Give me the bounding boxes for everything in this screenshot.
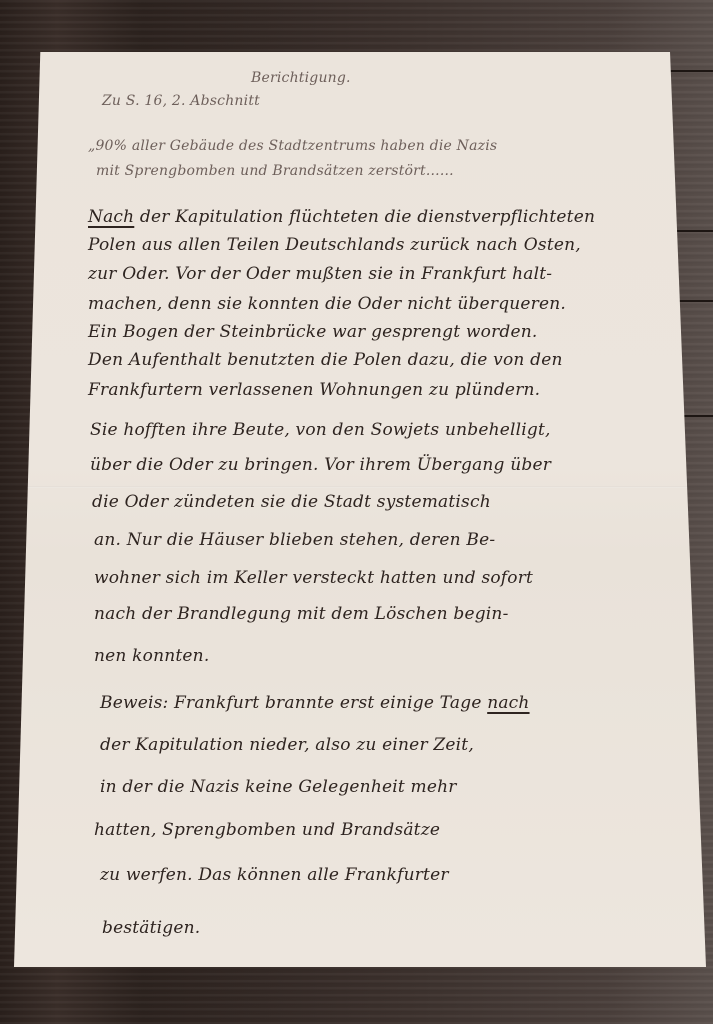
proof-line: Beweis: Frankfurt brannte erst einige Ta… (100, 693, 530, 713)
proof-line: zu werfen. Das können alle Frankfurter (100, 865, 449, 885)
paper-fold-crease (14, 486, 706, 488)
proof-line: der Kapitulation nieder, also zu einer Z… (100, 735, 474, 755)
body-line: nen konnten. (94, 646, 209, 666)
body-line: Ein Bogen der Steinbrücke war gesprengt … (88, 322, 538, 342)
body-line: Nach der Kapitulation flüchteten die die… (88, 207, 595, 227)
body-line: Den Aufenthalt benutzten die Polen dazu,… (88, 350, 563, 370)
proof-line: bestätigen. (102, 918, 200, 938)
page-reference: Zu S. 16, 2. Abschnitt (102, 93, 260, 109)
letter-title: Berichtigung. (251, 70, 351, 86)
body-line: an. Nur die Häuser blieben stehen, deren… (94, 530, 495, 550)
body-line: nach der Brandlegung mit dem Löschen beg… (94, 604, 509, 624)
body-line: zur Oder. Vor der Oder mußten sie in Fra… (88, 264, 552, 284)
proof-line: hatten, Sprengbomben und Brandsätze (94, 820, 440, 840)
body-line: wohner sich im Keller versteckt hatten u… (94, 568, 533, 588)
body-line: machen, denn sie konnten die Oder nicht … (88, 294, 566, 314)
underlined-word: Nach (88, 207, 134, 227)
quote-line: „90% aller Gebäude des Stadtzentrums hab… (88, 138, 497, 154)
body-line: Polen aus allen Teilen Deutschlands zurü… (88, 235, 581, 255)
underlined-word: nach (487, 693, 529, 713)
body-line: Sie hofften ihre Beute, von den Sowjets … (90, 420, 551, 440)
body-line: Frankfurtern verlassenen Wohnungen zu pl… (88, 380, 540, 400)
proof-line: in der die Nazis keine Gelegenheit mehr (100, 777, 457, 797)
body-line: die Oder zündeten sie die Stadt systemat… (92, 492, 491, 512)
quote-line: mit Sprengbomben und Brandsätzen zerstör… (96, 163, 454, 179)
body-line: über die Oder zu bringen. Vor ihrem Über… (90, 455, 551, 475)
